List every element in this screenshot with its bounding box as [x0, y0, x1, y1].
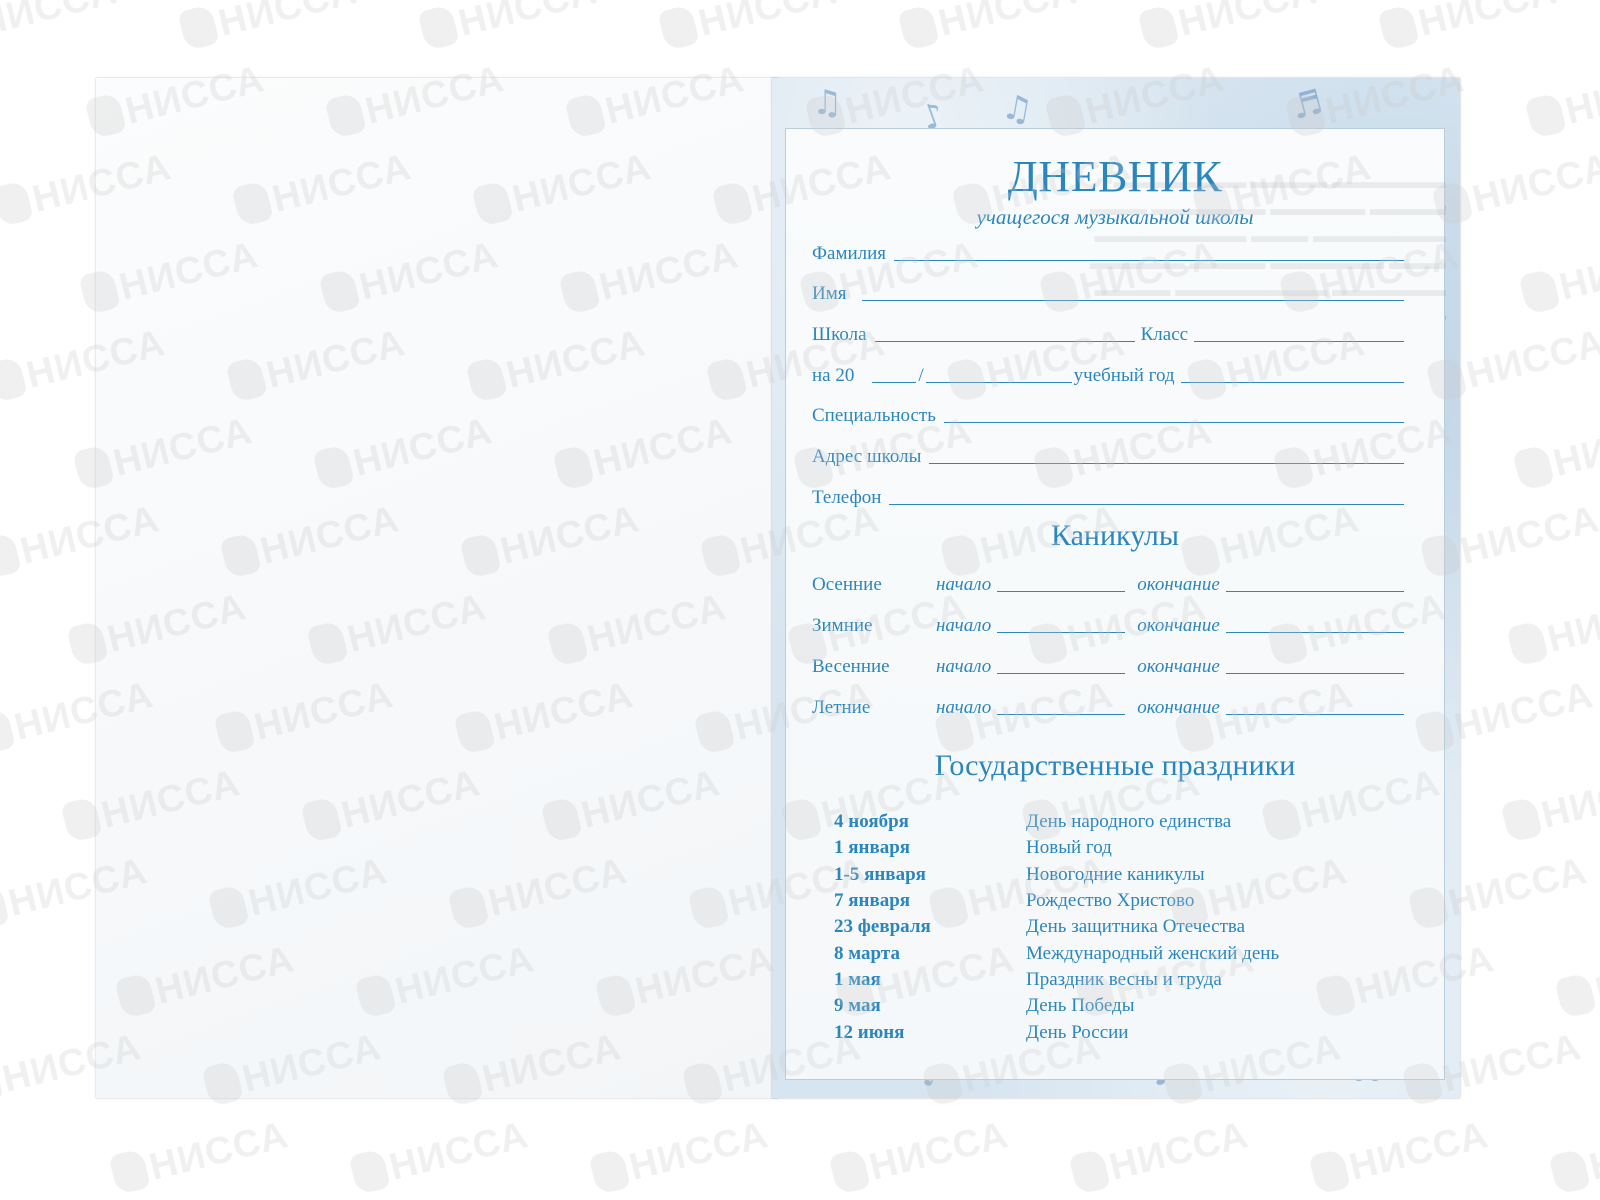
autumn-end-field[interactable] [1226, 573, 1404, 592]
spring-end-field[interactable] [1226, 655, 1404, 674]
watermark-logo: НИССА [1068, 1113, 1252, 1199]
vacation-season-label: Осенние [812, 574, 928, 596]
year-start-field[interactable] [872, 364, 916, 383]
watermark-logo: НИССА [1506, 585, 1600, 671]
watermark-logo: НИССА [417, 0, 601, 55]
watermark-logo: НИССА [1518, 233, 1600, 319]
phone-row: Телефон [812, 479, 1404, 509]
watermark-logo: НИССА [1377, 0, 1561, 55]
watermark-logo: НИССА [1524, 57, 1600, 143]
phone-field[interactable] [889, 486, 1404, 505]
spring-start-field[interactable] [997, 655, 1125, 674]
watermark-logo-icon [177, 4, 220, 51]
holiday-date: 1 мая [834, 969, 1026, 991]
vacation-row-autumn: Осенние начало окончание [812, 566, 1404, 596]
watermark-logo-icon [1068, 1148, 1111, 1195]
watermark-logo-icon [1506, 620, 1549, 667]
holiday-date: 8 марта [834, 943, 1026, 965]
watermark-text: НИССА [1444, 850, 1591, 925]
watermark-logo-icon [1308, 1148, 1351, 1195]
specialty-label: Специальность [812, 405, 936, 427]
holiday-name: Международный женский день [1026, 943, 1394, 965]
school-address-row: Адрес школы [812, 438, 1404, 468]
watermark-text: НИССА [1456, 498, 1600, 573]
holiday-row: 1 январяНовый год [834, 835, 1394, 861]
watermark-logo-icon [0, 708, 16, 755]
name-label: Имя [812, 283, 846, 305]
watermark-text: НИССА [865, 1114, 1012, 1189]
phone-label: Телефон [812, 487, 881, 509]
start-label: начало [936, 656, 991, 678]
watermark-text: НИССА [145, 1114, 292, 1189]
watermark-text: НИССА [1462, 322, 1600, 397]
vacation-season-label: Летние [812, 697, 928, 719]
school-label: Школа [812, 324, 867, 346]
holiday-name: День защитника Отечества [1026, 916, 1394, 938]
watermark-text: НИССА [625, 1114, 772, 1189]
end-label: окончание [1137, 615, 1220, 637]
watermark-text: НИССА [1345, 1114, 1492, 1189]
watermark-text: НИССА [1561, 58, 1600, 133]
watermark-logo-icon [1524, 92, 1567, 139]
holiday-row: 12 июняДень России [834, 1019, 1394, 1045]
holiday-date: 9 мая [834, 995, 1026, 1017]
holiday-row: 8 мартаМеждународный женский день [834, 940, 1394, 966]
school-address-label: Адрес школы [812, 446, 921, 468]
class-label: Класс [1141, 324, 1188, 346]
watermark-text: НИССА [1105, 1114, 1252, 1189]
music-note-icon: ♫ [999, 90, 1035, 129]
holiday-date: 12 июня [834, 1022, 1026, 1044]
left-page-blank [96, 78, 778, 1098]
school-row: Школа Класс [812, 316, 1404, 346]
watermark-logo: НИССА [108, 1113, 292, 1199]
holiday-row: 23 февраляДень защитника Отечества [834, 914, 1394, 940]
holiday-name: День народного единства [1026, 811, 1394, 833]
summer-end-field[interactable] [1226, 696, 1404, 715]
start-label: начало [936, 697, 991, 719]
watermark-text: НИССА [1555, 234, 1600, 309]
watermark-text: НИССА [0, 0, 122, 45]
vacation-season-label: Весенние [812, 656, 928, 678]
school-field[interactable] [875, 323, 1135, 342]
specialty-row: Специальность [812, 397, 1404, 427]
watermark-logo: НИССА [828, 1113, 1012, 1199]
holiday-date: 7 января [834, 890, 1026, 912]
watermark-logo-icon [897, 4, 940, 51]
watermark-logo: НИССА [588, 1113, 772, 1199]
watermark-logo: НИССА [897, 0, 1081, 55]
holiday-row: 7 январяРождество Христово [834, 888, 1394, 914]
watermark-logo-icon [1518, 268, 1561, 315]
watermark-logo: НИССА [1554, 937, 1600, 1023]
vacations-title: Каникулы [786, 519, 1444, 553]
watermark-logo: НИССА [1308, 1113, 1492, 1199]
holidays-title: Государственные праздники [786, 749, 1444, 783]
watermark-text: НИССА [1414, 0, 1561, 45]
watermark-logo: НИССА [177, 0, 361, 55]
vacation-row-spring: Весенние начало окончание [812, 648, 1404, 678]
name-row: Имя [812, 275, 1404, 305]
watermark-text: НИССА [1450, 674, 1597, 749]
watermark-logo: НИССА [0, 0, 122, 55]
watermark-logo-icon [108, 1148, 151, 1195]
end-label: окончание [1137, 574, 1220, 596]
watermark-logo-icon [657, 4, 700, 51]
holiday-date: 1-5 января [834, 864, 1026, 886]
watermark-logo-icon [1554, 972, 1597, 1019]
watermark-text: НИССА [214, 0, 361, 45]
watermark-text: НИССА [1543, 586, 1600, 661]
watermark-logo: НИССА [1512, 409, 1600, 495]
watermark-logo: НИССА [1137, 0, 1321, 55]
year-separator: / [918, 365, 923, 387]
diary-title: ДНЕВНИК [786, 151, 1444, 202]
school-address-field[interactable] [929, 445, 1404, 464]
watermark-text: НИССА [694, 0, 841, 45]
holiday-row: 1 маяПраздник весны и труда [834, 967, 1394, 993]
holiday-row: 1-5 январяНовогодние каникулы [834, 862, 1394, 888]
watermark-logo-icon [1512, 444, 1555, 491]
holiday-name: Праздник весны и труда [1026, 969, 1394, 991]
watermark-text: НИССА [1549, 410, 1600, 485]
year-prefix-label: на 20 [812, 365, 854, 387]
watermark-logo-icon [417, 4, 460, 51]
holiday-name: День России [1026, 1022, 1394, 1044]
vacation-row-summer: Летние начало окончание [812, 689, 1404, 719]
watermark-text: НИССА [1585, 1114, 1600, 1189]
watermark-logo-icon [0, 356, 28, 403]
holiday-name: Новогодние каникулы [1026, 864, 1394, 886]
start-label: начало [936, 574, 991, 596]
watermark-text: НИССА [1438, 1026, 1585, 1101]
holiday-name: Рождество Христово [1026, 890, 1394, 912]
watermark-logo-icon [1548, 1148, 1591, 1195]
end-label: окончание [1137, 697, 1220, 719]
watermark-logo-icon [0, 1060, 4, 1107]
watermark-logo: НИССА [657, 0, 841, 55]
vacation-season-label: Зимние [812, 615, 928, 637]
specialty-field[interactable] [944, 404, 1404, 423]
year-suffix-label: учебный год [1074, 365, 1175, 387]
watermark-logo: НИССА [1548, 1113, 1600, 1199]
watermark-logo-icon [1137, 4, 1180, 51]
vacation-row-winter: Зимние начало окончание [812, 607, 1404, 637]
diary-content-panel: ▬▬▬▬▬▬ ▬▬▬▬ ▬▬▬▬▬▬▬ ▬▬▬▬ ▬▬▬▬▬ ▬▬▬▬▬▬ ▬▬… [785, 128, 1445, 1080]
watermark-logo: НИССА [348, 1113, 532, 1199]
winter-end-field[interactable] [1226, 614, 1404, 633]
watermark-logo-icon [828, 1148, 871, 1195]
watermark-logo-icon [0, 884, 10, 931]
watermark-text: НИССА [1537, 762, 1600, 837]
class-field[interactable] [1194, 323, 1404, 342]
watermark-text: НИССА [1591, 938, 1600, 1013]
watermark-logo-icon [1500, 796, 1543, 843]
watermark-text: НИССА [934, 0, 1081, 45]
watermark-text: НИССА [385, 1114, 532, 1189]
diary-subtitle: учащегося музыкальной школы [786, 205, 1444, 230]
academic-year-row: на 20 / учебный год [812, 357, 1404, 387]
music-note-icon: ♬ [1288, 85, 1326, 126]
watermark-logo-icon [0, 532, 22, 579]
watermark-text: НИССА [1468, 146, 1600, 221]
holiday-date: 1 января [834, 837, 1026, 859]
watermark-logo-icon [1377, 4, 1420, 51]
end-label: окончание [1137, 656, 1220, 678]
holiday-date: 4 ноября [834, 811, 1026, 833]
watermark-logo-icon [0, 180, 34, 227]
surname-field[interactable] [894, 242, 1404, 261]
holiday-row: 4 ноябряДень народного единства [834, 809, 1394, 835]
holiday-row: 9 маяДень Победы [834, 993, 1394, 1019]
watermark-text: НИССА [1174, 0, 1321, 45]
music-note-icon: ♫ [812, 86, 842, 120]
year-extra-field[interactable] [1181, 364, 1404, 383]
autumn-start-field[interactable] [997, 573, 1125, 592]
watermark-logo: НИССА [1500, 761, 1600, 847]
holiday-date: 23 февраля [834, 916, 1026, 938]
surname-label: Фамилия [812, 243, 886, 265]
watermark-logo-icon [588, 1148, 631, 1195]
watermark-logo-icon [348, 1148, 391, 1195]
start-label: начало [936, 615, 991, 637]
watermark-text: НИССА [454, 0, 601, 45]
holiday-name: Новый год [1026, 837, 1394, 859]
name-field[interactable] [862, 282, 1404, 301]
right-page-diary-cover: ♫ ♪ ♫ ♬ ♪ ♪ ♩ ♫ ♪ ♬ ▬▬▬▬▬▬ ▬▬▬▬ ▬▬▬▬▬▬▬ … [772, 78, 1460, 1098]
surname-row: Фамилия [812, 235, 1404, 265]
holidays-list: 4 ноябряДень народного единства1 январяН… [834, 809, 1394, 1046]
year-end-field[interactable] [926, 364, 1072, 383]
holiday-name: День Победы [1026, 995, 1394, 1017]
winter-start-field[interactable] [997, 614, 1125, 633]
summer-start-field[interactable] [997, 696, 1125, 715]
